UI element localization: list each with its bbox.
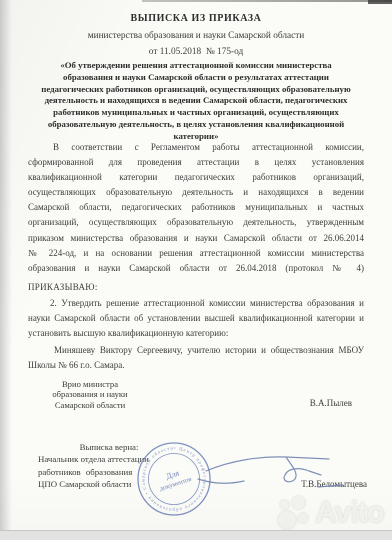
text-line: В соответствии с Регламентом работы атте…	[28, 140, 364, 155]
text-line: 2. Утвердить решение аттестационной коми…	[28, 296, 364, 311]
document-body: В соответствии с Регламентом работы атте…	[28, 140, 364, 373]
avito-watermark: Avito	[278, 496, 384, 530]
text-line: науки Самарской области об установлении …	[28, 311, 364, 326]
photo-edge-top	[142, 0, 392, 2]
avito-watermark-text: Avito	[315, 496, 384, 530]
text-line: Самарской области, педагогических работн…	[28, 200, 364, 215]
avito-dot-medium-icon	[292, 496, 305, 509]
text-line: Врио министра	[42, 379, 138, 389]
document-photo: ВЫПИСКА ИЗ ПРИКАЗА министерства образова…	[0, 0, 392, 540]
text-line: сформированной для проведения аттестации…	[28, 155, 364, 170]
minister-title-block: Врио министраобразования и наукиСамарско…	[42, 379, 138, 410]
handwritten-signature	[190, 448, 346, 498]
text-line: «Об утверждении решения аттестационной к…	[0, 60, 392, 72]
text-line: Миняшеву Виктору Сергеевичу, учителю ист…	[28, 343, 364, 358]
avito-logo-dots-icon	[278, 496, 312, 530]
text-line: осуществляющих образовательную деятельно…	[28, 185, 364, 200]
text-line: № 224-од, и на основании решения аттеста…	[28, 246, 364, 261]
body-paragraph-1: В соответствии с Регламентом работы атте…	[28, 140, 364, 276]
text-line: педагогических работников организаций, о…	[0, 84, 392, 96]
text-line: Школы № 66 г.о. Самара.	[28, 358, 364, 373]
text-line: квалификационной категории педагогически…	[28, 170, 364, 185]
order-date-number: от 11.05.2018 № 175-од	[0, 47, 392, 57]
issuing-authority: министерства образования и науки Самарск…	[0, 31, 392, 41]
avito-dot-tiny-icon	[298, 513, 308, 523]
photo-edge-top-corner	[368, 0, 392, 4]
text-line: работников муниципальных и частных орган…	[0, 107, 392, 119]
text-line: приказом министерства образования и наук…	[28, 231, 364, 246]
body-paragraph-2: 2. Утвердить решение аттестационной коми…	[28, 296, 364, 341]
photo-edge-bottom	[0, 530, 392, 540]
prikaz-label: ПРИКАЗЫВАЮ:	[28, 280, 364, 295]
avito-dot-large-icon	[278, 511, 296, 529]
text-line: Самарской области	[42, 400, 138, 410]
avito-dot-small-icon	[280, 500, 289, 509]
text-line: образования и науки	[42, 389, 138, 399]
order-subject: «Об утверждении решения аттестационной к…	[0, 60, 392, 143]
minister-name: В.А.Пылев	[310, 398, 352, 408]
document-title: ВЫПИСКА ИЗ ПРИКАЗА	[0, 13, 392, 24]
text-line: организаций, осуществляющих образователь…	[28, 215, 364, 230]
text-line: деятельность и находящихся в ведении Сам…	[0, 95, 392, 107]
text-line: установить высшую квалификационную катег…	[28, 326, 364, 341]
text-line: образовательную деятельность, в целях ус…	[0, 119, 392, 131]
text-line: образования и науки Самарской области от…	[28, 261, 364, 276]
body-paragraph-3: Миняшеву Виктору Сергеевичу, учителю ист…	[28, 343, 364, 373]
text-line: образования и науки Самарской области о …	[0, 72, 392, 84]
